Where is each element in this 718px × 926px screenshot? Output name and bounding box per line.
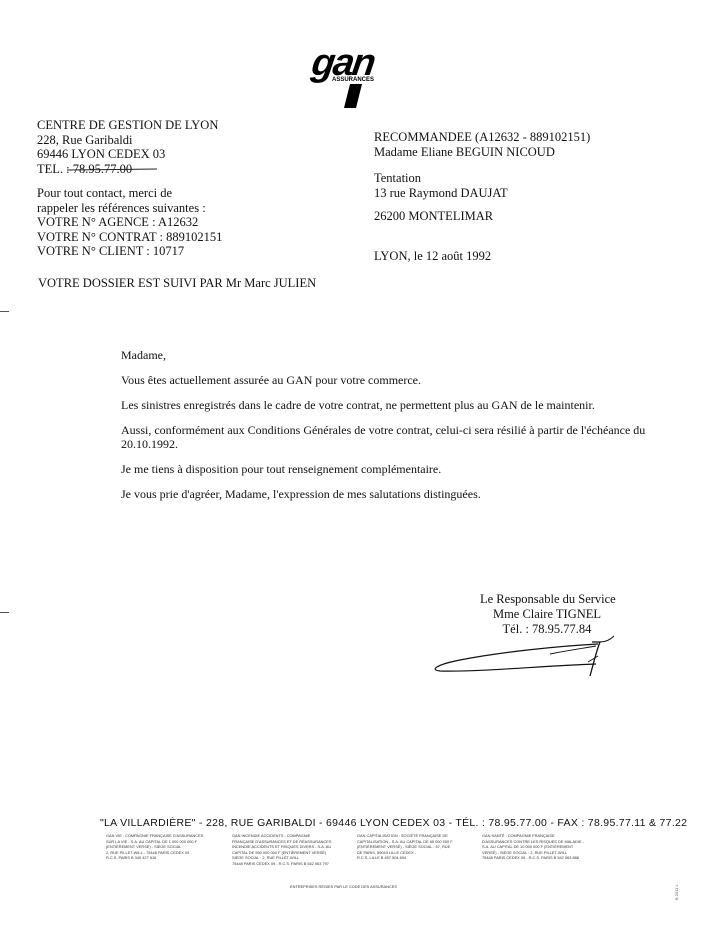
agency-number: VOTRE N° AGENCE : A12632 [37,215,222,230]
legal-footnote: ENTREPRISES RÉGIES PAR LE CODE DES ASSUR… [290,884,397,889]
legal-line: R.C.S. LILLE B 457 504 694 [357,855,453,861]
handwritten-signature-icon [420,630,630,690]
recipient-name: Madame Eliane BEGUIN NICOUD [374,145,590,160]
sender-line: 69446 LYON CEDEX 03 [37,147,218,162]
recipient-city: 26200 MONTELIMAR [374,209,493,224]
legal-line: (ENTIÈREMENT VERSÉ) - SIÈGE SOCIAL : 57,… [357,844,453,850]
recipient-company: Tentation [374,171,508,186]
body-paragraph: Vous êtes actuellement assurée au GAN po… [121,373,681,387]
legal-line: GAN CAPITALISATION : SOCIÉTÉ FRANÇAISE D… [357,833,453,839]
closing-paragraph: Je vous prie d'agréer, Madame, l'express… [121,487,681,501]
document-code: B 2011 L [674,884,679,900]
signatory-title: Le Responsable du Service [480,592,614,607]
contract-number: VOTRE N° CONTRAT : 889102151 [37,230,222,245]
letter-body: Madame, Vous êtes actuellement assurée a… [121,348,681,512]
recipient-city-text: 26200 MONTELIMAR [374,209,493,224]
fold-mark [0,612,9,614]
legal-notice-gan-sante: GAN SANTÉ : COMPAGNIE FRANÇAISE D'ASSURA… [482,833,584,861]
legal-notice-gan-capitalisation: GAN CAPITALISATION : SOCIÉTÉ FRANÇAISE D… [357,833,453,861]
letter-date-text: LYON, le 12 août 1992 [374,249,491,264]
letter-date: LYON, le 12 août 1992 [374,249,491,264]
sender-line: 228, Rue Garibaldi [37,133,218,148]
legal-line: R.C.S. PARIS B 340 427 616 [106,855,203,861]
references-intro: rappeler les références suivantes : [37,201,222,216]
fold-mark [0,311,9,313]
legal-line: S.A. AU CAPITAL DE 10 000 000 F (ENTIÈRE… [482,844,584,850]
body-paragraph: Les sinistres enregistrés dans le cadre … [121,398,681,412]
salutation: Madame, [121,348,681,362]
legal-notice-gan-incendie: GAN INCENDIE ACCIDENTS : COMPAGNIE FRANÇ… [232,833,331,867]
references-block: Pour tout contact, merci de rappeler les… [37,186,222,259]
sender-line: CENTRE DE GESTION DE LYON [37,118,218,133]
registered-mail-label: RECOMMANDEE (A12632 - 889102151) [374,130,590,145]
body-paragraph: Aussi, conformément aux Conditions Génér… [121,423,681,451]
references-intro: Pour tout contact, merci de [37,186,222,201]
legal-line: INCENDIE ACCIDENTS ET RISQUES DIVERS - S… [232,844,331,850]
client-number: VOTRE N° CLIENT : 10717 [37,244,222,259]
footer-address: "LA VILLARDIÈRE" - 228, RUE GARIBALDI - … [100,817,687,829]
gan-logo: gan ASSURANCES [312,48,394,110]
legal-notice-gan-vie: GAN VIE : COMPAGNIE FRANÇAISE D'ASSURANC… [106,833,203,861]
logo-subtitle: ASSURANCES [332,77,374,83]
sender-address: CENTRE DE GESTION DE LYON 228, Rue Garib… [37,118,218,176]
legal-line: 75448 PARIS CEDEX 09 - R.C.S. PARIS B 54… [232,861,331,867]
body-paragraph: Je me tiens à disposition pour tout rens… [121,462,681,476]
case-handler: VOTRE DOSSIER EST SUIVI PAR Mr Marc JULI… [38,276,316,291]
signatory-name: Mme Claire TIGNEL [480,607,614,622]
recipient-header: RECOMMANDEE (A12632 - 889102151) Madame … [374,130,590,159]
legal-line: GAN VIE : COMPAGNIE FRANÇAISE D'ASSURANC… [106,833,203,839]
legal-line: 75448 PARIS CEDEX 09 - R.C.S. PARIS B 54… [482,855,584,861]
recipient-street: 13 rue Raymond DAUJAT [374,186,508,201]
recipient-address: Tentation 13 rue Raymond DAUJAT [374,171,508,200]
